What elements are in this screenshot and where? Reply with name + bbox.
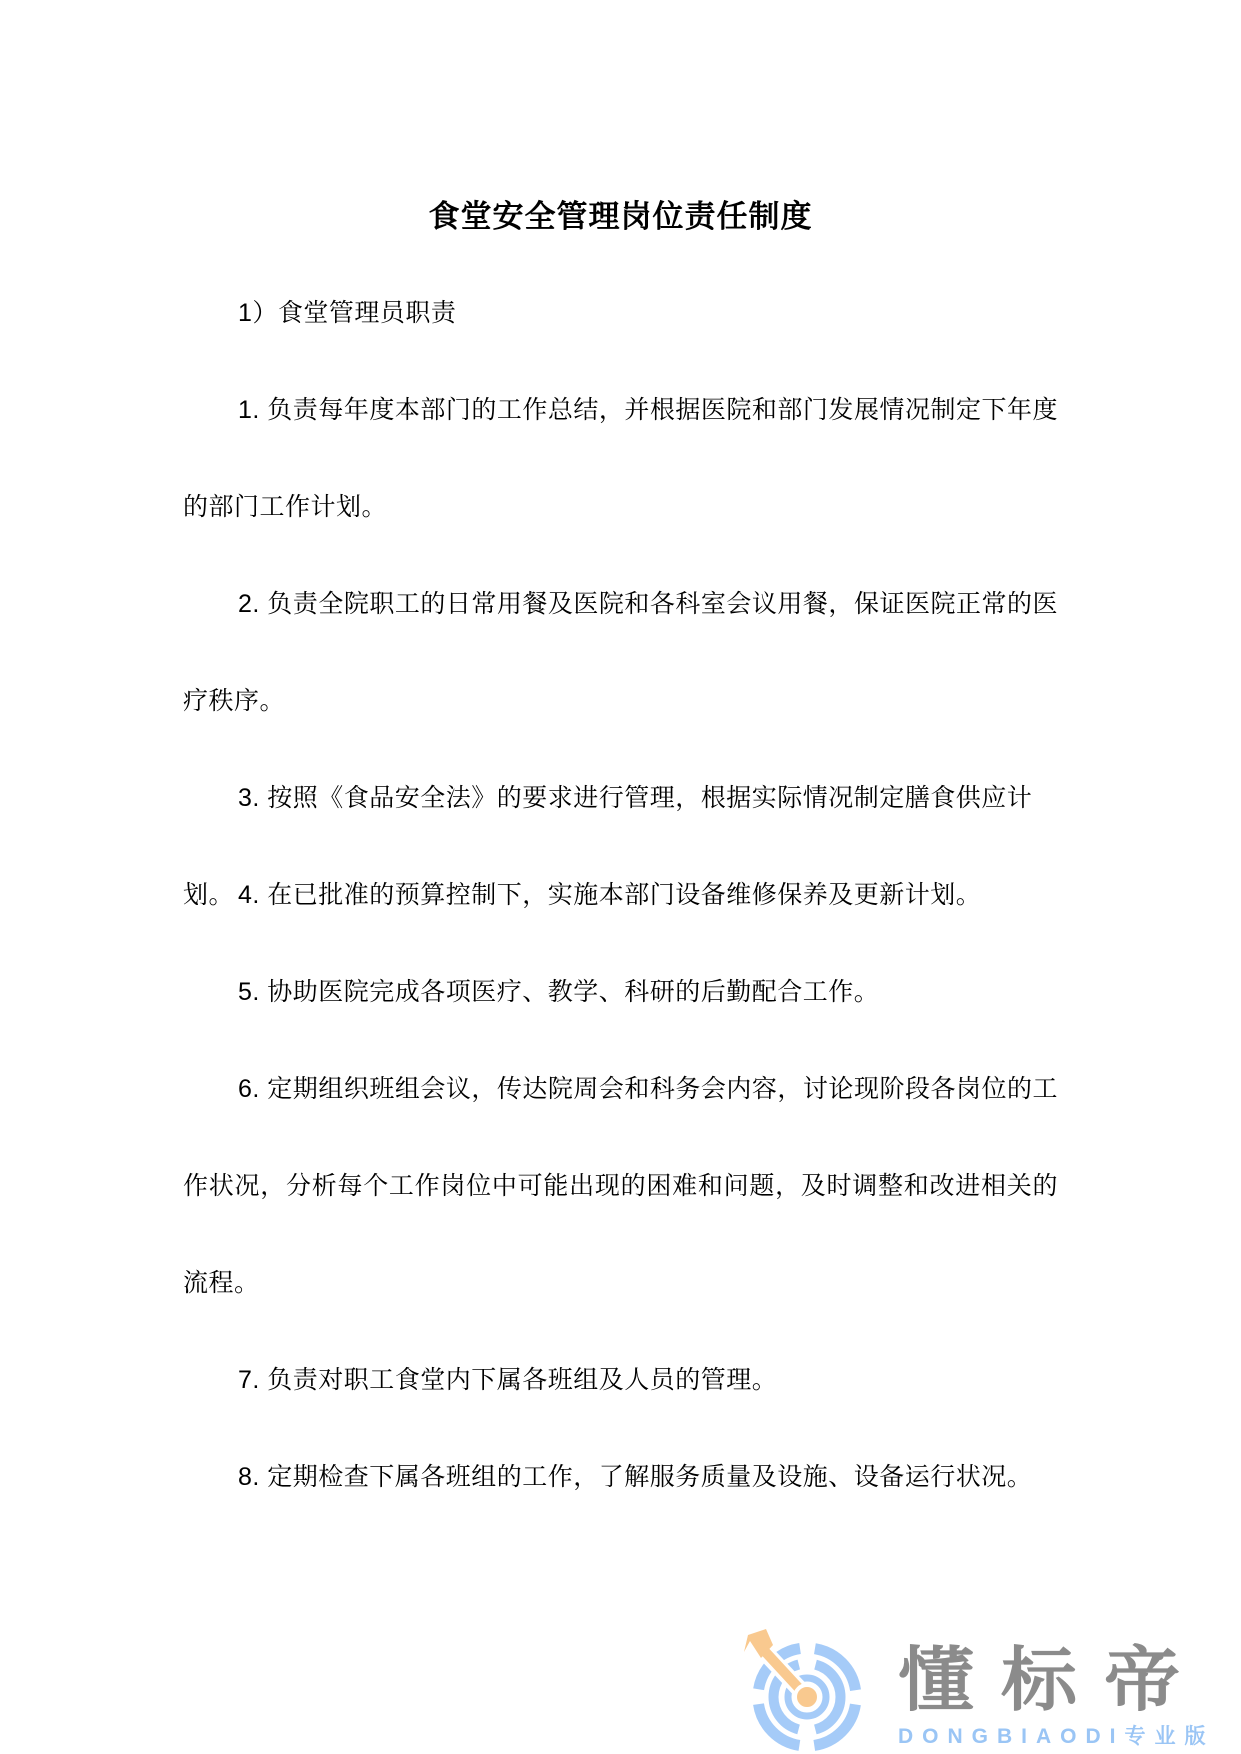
paragraph-line: 8. 定期检查下属各班组的工作，了解服务质量及设施、设备运行状况。 xyxy=(183,1429,1058,1526)
document-title: 食堂安全管理岗位责任制度 xyxy=(183,168,1058,265)
paragraph-line: 的部门工作计划。 xyxy=(183,459,1058,556)
paragraph-line: 3. 按照《食品安全法》的要求进行管理，根据实际情况制定膳食供应计划。 xyxy=(183,750,1058,847)
target-bullseye-icon xyxy=(735,1628,865,1754)
paragraph-line: 1）食堂管理员职责 xyxy=(183,265,1058,362)
watermark-subtitle-text: DONGBIAODI专业版 xyxy=(898,1725,1215,1749)
paragraph-line: 1. 负责每年度本部门的工作总结，并根据医院和部门发展情况制定下年度 xyxy=(183,362,1058,459)
paragraph-line: 2. 负责全院职工的日常用餐及医院和各科室会议用餐，保证医院正常的医 xyxy=(183,556,1058,653)
watermark-brand-text: 懂标帝 xyxy=(898,1646,1218,1716)
document-page: 食堂安全管理岗位责任制度 1）食堂管理员职责 1. 负责每年度本部门的工作总结，… xyxy=(0,0,1241,1754)
document-body: 食堂安全管理岗位责任制度 1）食堂管理员职责 1. 负责每年度本部门的工作总结，… xyxy=(183,168,1058,1526)
paragraph-line: 6. 定期组织班组会议，传达院周会和科务会内容，讨论现阶段各岗位的工 xyxy=(183,1041,1058,1138)
paragraph-line: 7. 负责对职工食堂内下属各班组及人员的管理。 xyxy=(183,1332,1058,1429)
paragraph-line: 流程。 xyxy=(183,1235,1058,1332)
paragraph-line: 4. 在已批准的预算控制下，实施本部门设备维修保养及更新计划。 xyxy=(183,847,1058,944)
paragraph-line: 作状况，分析每个工作岗位中可能出现的困难和问题，及时调整和改进相关的 xyxy=(183,1138,1058,1235)
paragraph-line: 5. 协助医院完成各项医疗、教学、科研的后勤配合工作。 xyxy=(183,944,1058,1041)
paragraph-line: 疗秩序。 xyxy=(183,653,1058,750)
